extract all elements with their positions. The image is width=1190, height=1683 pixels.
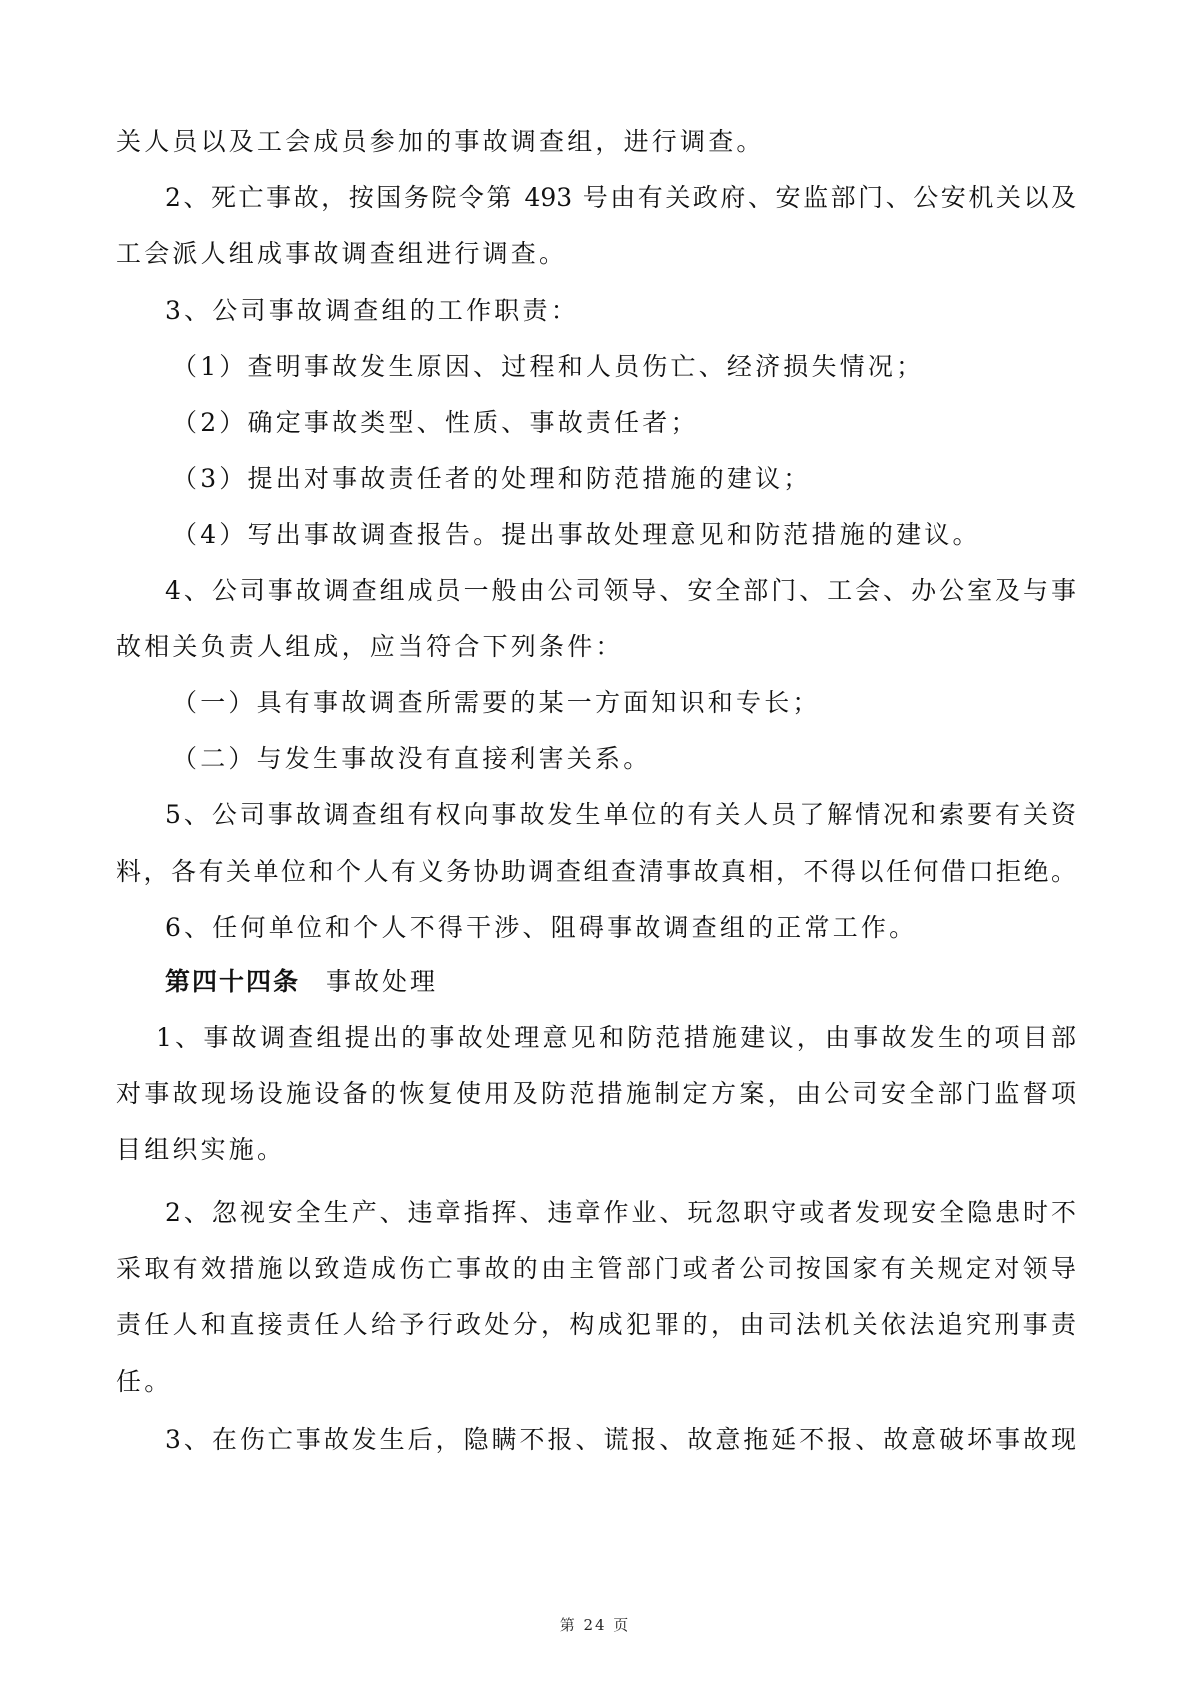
paragraph-line: 6、任何单位和个人不得干涉、阻碍事故调查组的正常工作。 [165,913,1125,943]
paragraph-line: 目组织实施。 [116,1135,1076,1165]
paragraph-line: 料，各有关单位和个人有义务协助调查组查清事故真相，不得以任何借口拒绝。 [116,857,1076,887]
paragraph-line: 对事故现场设施设备的恢复使用及防范措施制定方案，由公司安全部门监督项 [116,1079,1076,1109]
paragraph-line: 4、公司事故调查组成员一般由公司领导、安全部门、工会、办公室及与事 [165,576,1076,606]
paragraph-line: 1、事故调查组提出的事故处理意见和防范措施建议，由事故发生的项目部 [156,1023,1076,1053]
paragraph-line: 3、公司事故调查组的工作职责： [165,296,1125,326]
paragraph-line: 工会派人组成事故调查组进行调查。 [116,239,1076,269]
page-number: 第 24 页 [0,1614,1190,1635]
list-item: （4）写出事故调查报告。提出事故处理意见和防范措施的建议。 [172,520,1132,550]
list-item: （2）确定事故类型、性质、事故责任者； [172,408,1132,438]
paragraph-line: 3、在伤亡事故发生后，隐瞒不报、谎报、故意拖延不报、故意破坏事故现 [165,1425,1076,1455]
list-item: （一）具有事故调查所需要的某一方面知识和专长； [172,688,1132,718]
document-page: 关人员以及工会成员参加的事故调查组，进行调查。 2、死亡事故，按国务院令第 49… [0,0,1190,1683]
paragraph-line: 关人员以及工会成员参加的事故调查组，进行调查。 [116,127,1076,157]
paragraph-line: 2、死亡事故，按国务院令第 493 号由有关政府、安监部门、公安机关以及 [165,183,1076,213]
list-item: （3）提出对事故责任者的处理和防范措施的建议； [172,464,1132,494]
paragraph-line: 2、忽视安全生产、违章指挥、违章作业、玩忽职守或者发现安全隐患时不 [165,1198,1076,1228]
paragraph-line: 采取有效措施以致造成伤亡事故的由主管部门或者公司按国家有关规定对领导 [116,1254,1076,1284]
paragraph-line: 5、公司事故调查组有权向事故发生单位的有关人员了解情况和索要有关资 [165,800,1076,830]
article-title: 事故处理 [326,967,438,996]
article-number: 第四十四条 [165,967,300,996]
paragraph-line: 任。 [116,1367,1076,1397]
article-heading: 第四十四条事故处理 [165,967,1125,997]
list-item: （二）与发生事故没有直接利害关系。 [172,744,1132,774]
paragraph-line: 故相关负责人组成，应当符合下列条件： [116,632,1076,662]
paragraph-line: 责任人和直接责任人给予行政处分，构成犯罪的，由司法机关依法追究刑事责 [116,1310,1076,1340]
list-item: （1）查明事故发生原因、过程和人员伤亡、经济损失情况； [172,352,1132,382]
